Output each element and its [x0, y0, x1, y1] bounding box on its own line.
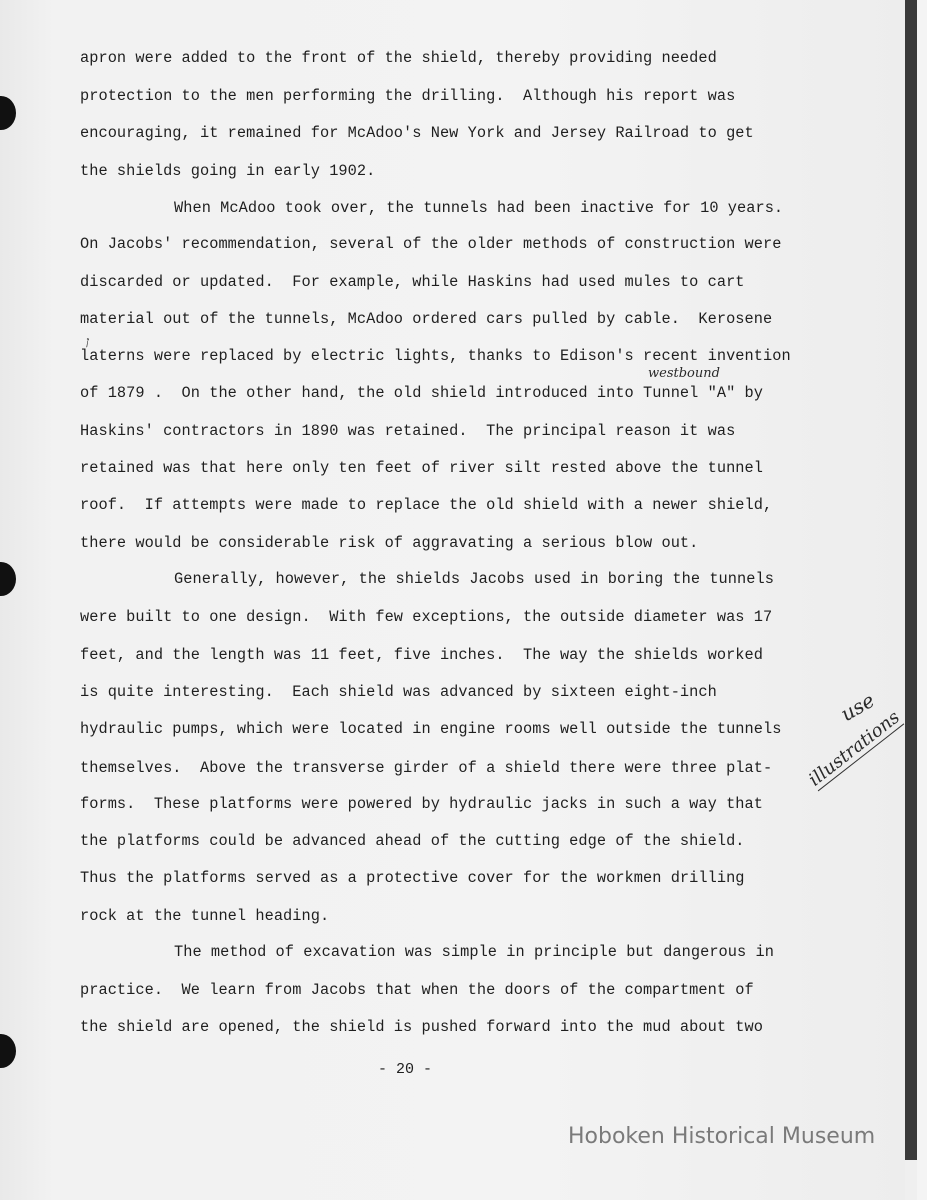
text-line: feet, and the length was 11 feet, five i…: [80, 645, 763, 665]
page-edge-shadow: [905, 0, 917, 1160]
text-line: apron were added to the front of the shi…: [80, 48, 717, 68]
binder-hole: [0, 96, 16, 130]
text-line: is quite interesting. Each shield was ad…: [80, 682, 717, 702]
text-line: hydraulic pumps, which were located in e…: [80, 719, 781, 739]
text-line: On Jacobs' recommendation, several of th…: [80, 234, 781, 254]
text-line: themselves. Above the transverse girder …: [80, 758, 772, 778]
text-line: laterns were replaced by electric lights…: [80, 346, 791, 366]
text-line: the platforms could be advanced ahead of…: [80, 831, 745, 851]
text-line: The method of excavation was simple in p…: [174, 942, 774, 962]
watermark: Hoboken Historical Museum: [568, 1124, 875, 1149]
text-line: material out of the tunnels, McAdoo orde…: [80, 309, 772, 329]
scan-margin: [917, 0, 927, 1200]
text-line: roof. If attempts were made to replace t…: [80, 495, 772, 515]
text-line: discarded or updated. For example, while…: [80, 272, 745, 292]
text-line: retained was that here only ten feet of …: [80, 458, 763, 478]
text-line: practice. We learn from Jacobs that when…: [80, 980, 754, 1000]
text-line: of 1879 . On the other hand, the old shi…: [80, 383, 763, 403]
text-line: Haskins' contractors in 1890 was retaine…: [80, 421, 735, 441]
text-line: rock at the tunnel heading.: [80, 906, 329, 926]
text-line: there would be considerable risk of aggr…: [80, 533, 698, 553]
text-line: forms. These platforms were powered by h…: [80, 794, 763, 814]
text-line: Generally, however, the shields Jacobs u…: [174, 569, 774, 589]
text-line: encouraging, it remained for McAdoo's Ne…: [80, 123, 754, 143]
handwritten-insert: ן: [86, 334, 89, 349]
text-line: the shield are opened, the shield is pus…: [80, 1017, 763, 1037]
text-line: Thus the platforms served as a protectiv…: [80, 868, 745, 888]
text-line: When McAdoo took over, the tunnels had b…: [174, 198, 783, 218]
text-line: the shields going in early 1902.: [80, 161, 375, 181]
text-line: were built to one design. With few excep…: [80, 607, 772, 627]
document-page: apron were added to the front of the shi…: [0, 0, 905, 1200]
binder-hole: [0, 1034, 16, 1068]
page-number: - 20 -: [378, 1061, 432, 1078]
text-line: protection to the men performing the dri…: [80, 86, 735, 106]
handwritten-insert-westbound: westbound: [648, 366, 720, 381]
binder-hole: [0, 562, 16, 596]
